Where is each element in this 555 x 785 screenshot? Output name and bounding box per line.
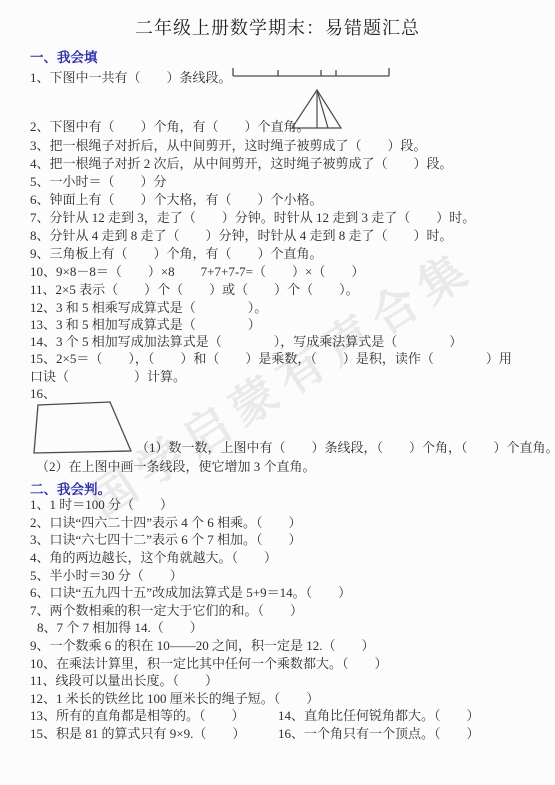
s1-q16-sub2: （2）在上图中画一条线段，使它增加 3 个直角。 [36, 459, 316, 475]
s2-q13: 13、所有的直角都是相等的。（ ） [30, 708, 245, 724]
s1-q15-line2: 口诀（ ）计算。 [30, 369, 186, 385]
s1-q1: 1、下图中一共有（ ）条线段。 [30, 70, 232, 86]
s2-q7: 7、两个数相乘的积一定大于它们的和。（ ） [30, 603, 303, 619]
quadrilateral-figure [28, 396, 138, 458]
s1-q14: 14、3 个 5 相加写成加法算式是（ ），写成乘法算式是（ ） [30, 334, 462, 350]
s1-q5: 5、一小时＝（ ）分 [30, 174, 167, 190]
s2-q8: 8、7 个 7 相加得 14.（ ） [37, 620, 203, 636]
page-title: 二年级上册数学期末：易错题汇总 [0, 14, 555, 40]
s2-q2: 2、口诀“四六二十四”表示 4 个 6 相乘。（ ） [30, 515, 302, 531]
s1-q16-sub1: （1）数一数，上图中有（ ）条线段，（ ）个角，（ ）个直角。 [136, 440, 555, 456]
s2-q16: 16、一个角只有一个顶点。（ ） [278, 726, 480, 742]
s1-q4: 4、把一根绳子对折 2 次后，从中间剪开，这时绳子被剪成了（ ）段。 [30, 156, 453, 172]
s1-q7: 7、分针从 12 走到 3，走了（ ）分钟。时针从 12 走到 3 走了（ ）时… [30, 210, 475, 226]
s2-q12: 12、1 米长的铁丝比 100 厘米长的绳子短。（ ） [30, 691, 319, 707]
section1-heading: 一、我会填 [30, 46, 98, 66]
s2-q15: 15、积是 81 的算式只有 9×9.（ ） [30, 726, 245, 742]
s1-q13: 13、3 和 5 相加写成算式是（ ） [30, 317, 261, 333]
s2-q1: 1、1 时＝100 分（ ） [30, 497, 173, 513]
line-segment-figure [230, 64, 392, 80]
s2-q5: 5、半小时＝30 分（ ） [30, 568, 183, 584]
s1-q6: 6、钟面上有（ ）个大格，有（ ）个小格。 [30, 192, 323, 208]
s1-q3: 3、把一根绳子对折后，从中间剪开，这时绳子被剪成了（ ）段。 [30, 138, 427, 154]
s1-q12: 12、3 和 5 相乘写成算式是（ ）。 [30, 300, 267, 316]
s1-q10: 10、9×8－8＝（ ）×8 7+7+7-7=（ ）×（ ） [30, 264, 364, 280]
s2-q10: 10、在乘法计算里，积一定比其中任何一个乘数都大。（ ） [30, 656, 388, 672]
s1-q9: 9、三角板上有（ ）个角，有（ ）个直角。 [30, 246, 323, 262]
s1-q2: 2、下图中有（ ）个角，有（ ）个直角。 [30, 119, 310, 135]
s1-q8: 8、分针从 4 走到 8 走了（ ）分钟，时针从 4 走到 8 走了（ ）时。 [30, 228, 453, 244]
s2-q9: 9、一个数乘 6 的积在 10——20 之间，积一定是 12.（ ） [30, 638, 375, 654]
s2-q4: 4、角的两边越长，这个角就越大。（ ） [30, 550, 277, 566]
s1-q11: 11、2×5 表示（ ）个（ ）或（ ）个（ ）。 [30, 282, 359, 298]
s2-q14: 14、直角比任何锐角都大。（ ） [278, 708, 480, 724]
s2-q6: 6、口诀“五九四十五”改成加法算式是 5+9＝14。（ ） [30, 585, 351, 601]
section2-heading: 二、我会判。 [30, 478, 111, 498]
s2-q11: 11、线段可以量出长度。（ ） [30, 673, 218, 689]
worksheet-page: 国学启蒙有声合集 二年级上册数学期末：易错题汇总 一、我会填 1、下图中一共有（… [0, 0, 555, 785]
s1-q15-line1: 15、2×5＝（ ），（ ）和（ ）是乘数，（ ）是积，读作（ ）用 [30, 351, 512, 367]
s2-q3: 3、口诀“六七四十二”表示 6 个 7 相加。（ ） [30, 532, 302, 548]
